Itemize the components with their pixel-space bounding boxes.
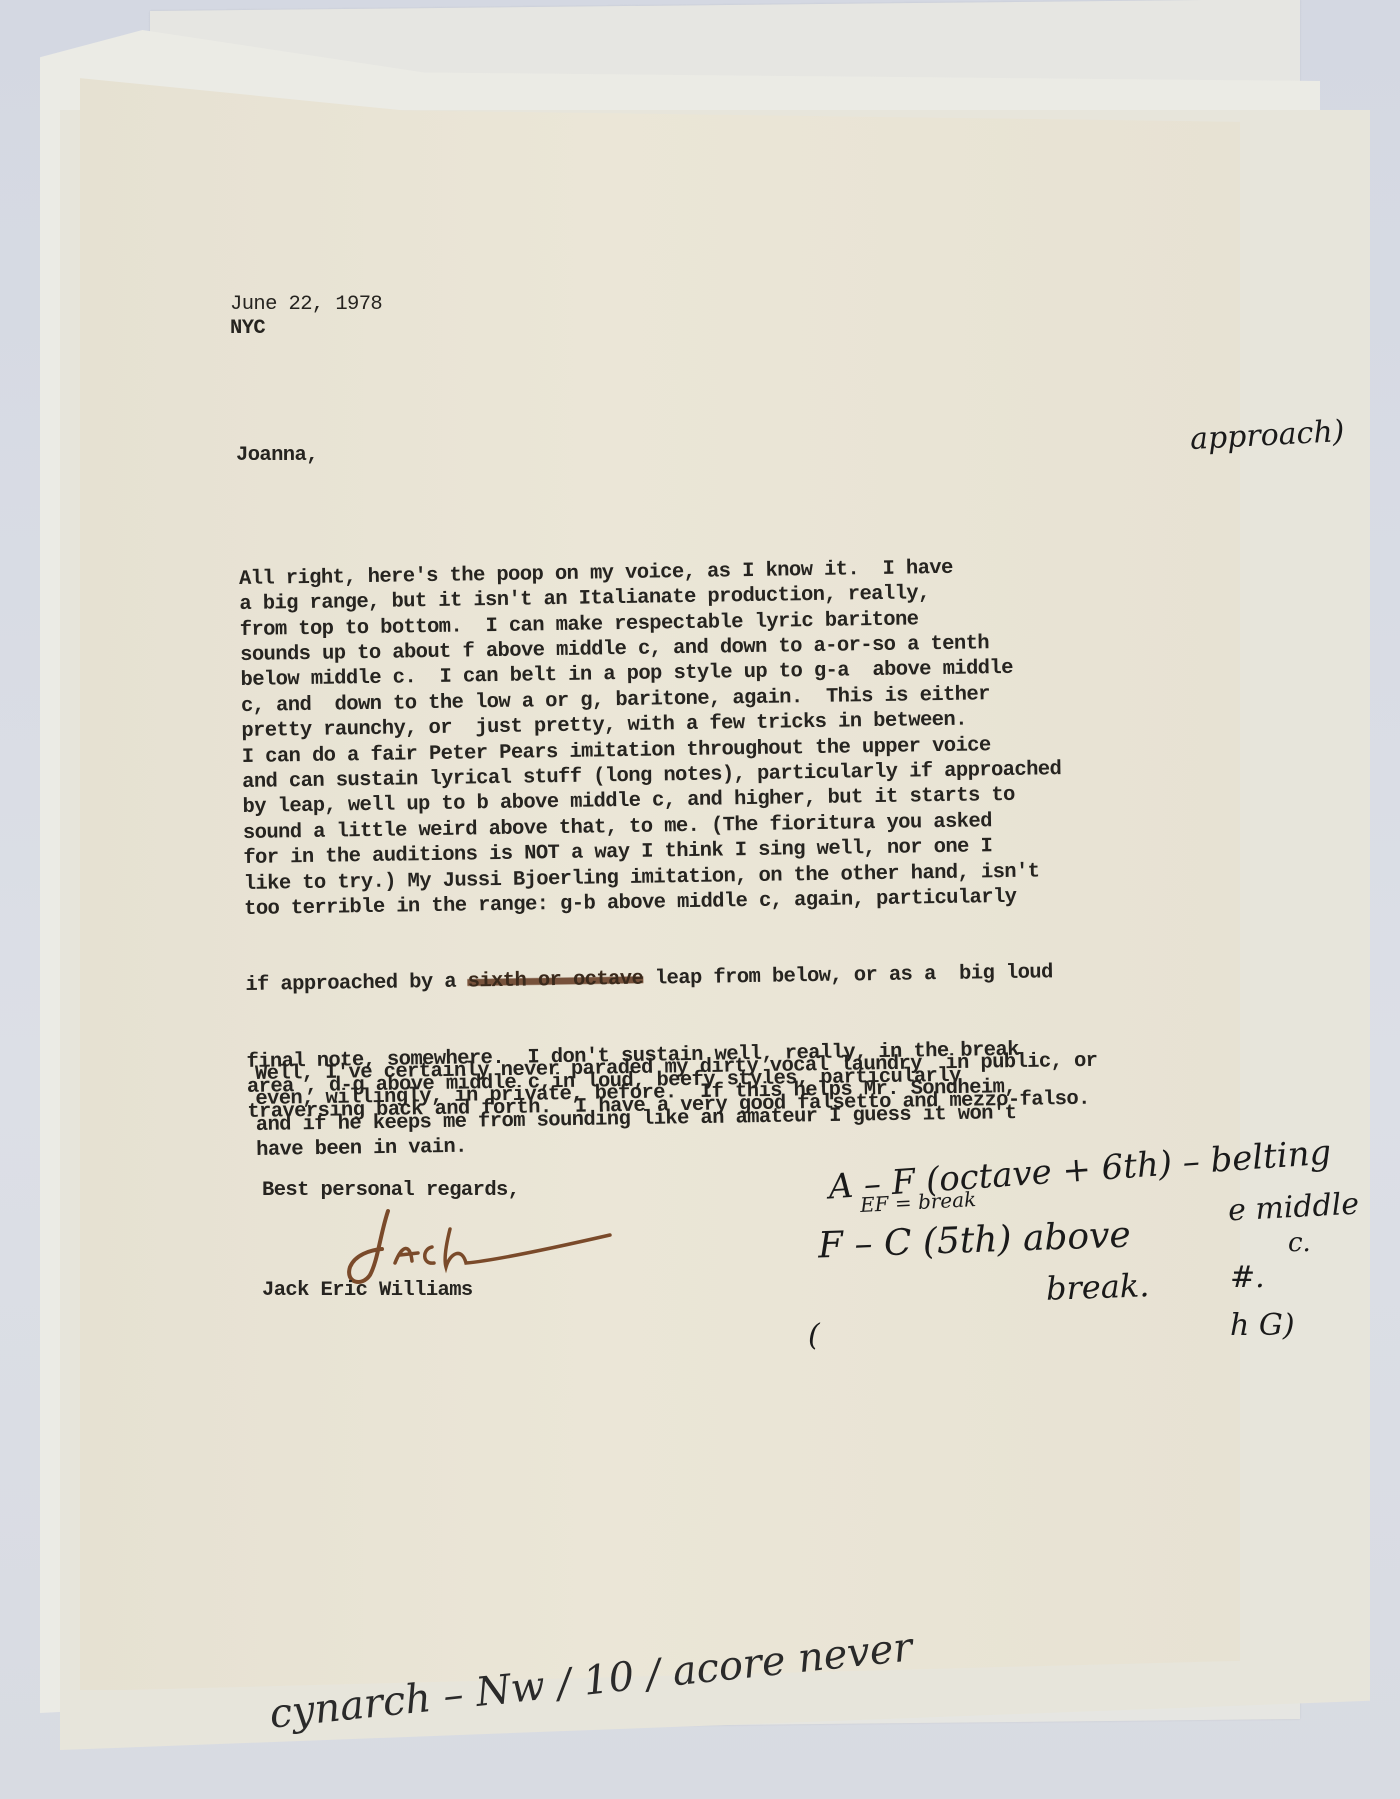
struck-line-after: leap from below, or as a big loud [643, 962, 1053, 991]
handwritten-stray-mark: ( [808, 1318, 820, 1353]
signature [340, 1205, 620, 1285]
handwritten-note-line-2: EF = break [859, 1187, 976, 1217]
handwritten-note-line-4: break. [1045, 1266, 1150, 1308]
paragraph-2-lines: Well, I've certainly never paraded my di… [255, 1049, 1099, 1164]
struck-out-text: sixth or octave [468, 968, 644, 994]
closing: Best personal regards, [262, 1178, 519, 1203]
underlying-margin-note-3: c. [1288, 1228, 1311, 1258]
underlying-margin-note-4: #. [1230, 1260, 1265, 1295]
struck-line-before: if approached by a [245, 971, 468, 997]
handwritten-note-line-3: F – C (5th) above [817, 1215, 1131, 1267]
letter-place: NYC [230, 316, 265, 341]
salutation: Joanna, [236, 443, 318, 468]
underlying-margin-note-2: e middle [1227, 1187, 1360, 1229]
letter-date: June 22, 1978 [230, 292, 382, 317]
letter: June 22, 1978 NYC Joanna, All right, her… [0, 0, 1400, 1799]
underlying-margin-note-1: approach) [1189, 414, 1345, 457]
underlying-margin-note-5: h G) [1230, 1308, 1295, 1343]
typed-name: Jack Eric Williams [262, 1278, 473, 1303]
underlying-bottom-scrawl: cynarch – Nw / 10 / acore never [267, 1624, 914, 1737]
paragraph-1-lines: All right, here's the poop on my voice, … [239, 554, 1087, 923]
struck-line: if approached by a sixth or octave leap … [245, 960, 1088, 999]
